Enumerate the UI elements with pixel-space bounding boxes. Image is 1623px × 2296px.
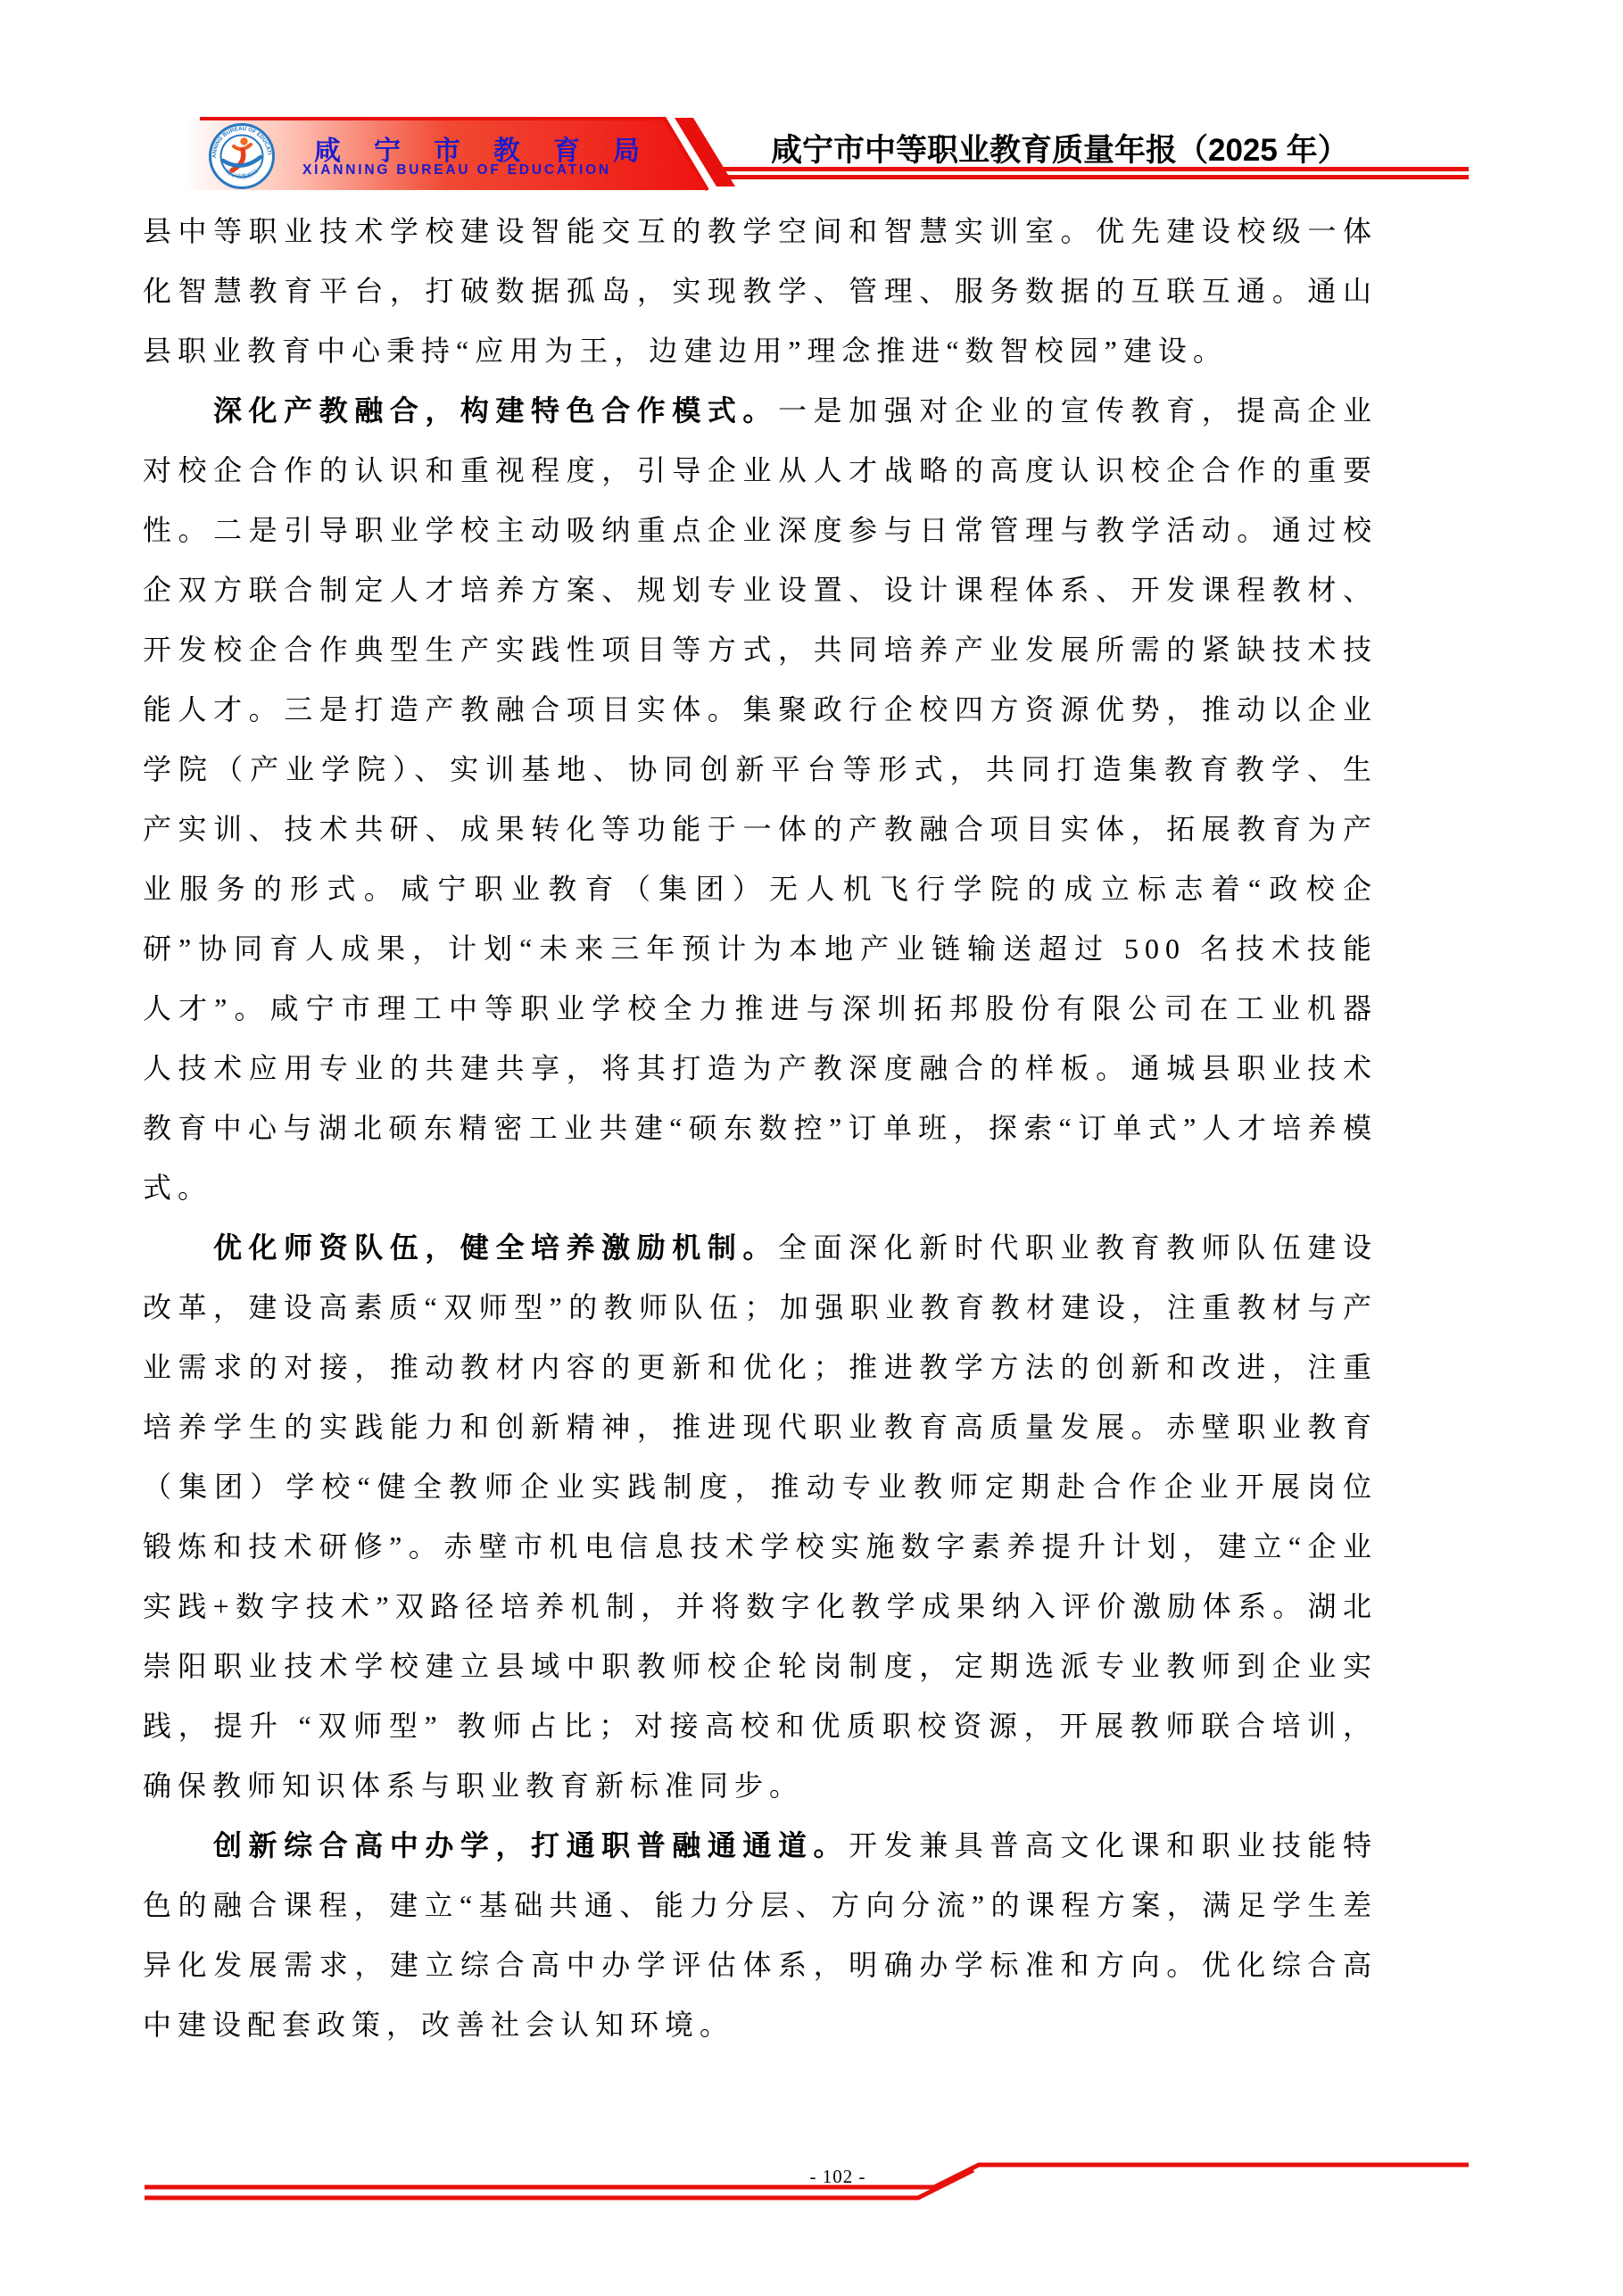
bureau-logo-icon: XIANNING BUREAU OF EDUCATION 咸宁市教育局 (208, 122, 276, 190)
paragraph-lead: 优化师资队伍，健全培养激励机制。 (213, 1231, 778, 1264)
paragraph-lead: 创新综合高中办学，打通职普融通通道。 (213, 1829, 849, 1861)
paragraph-text: 全面深化新时代职业教育教师队伍建设改革，建设高素质“双师型”的教师队伍；加强职业… (143, 1231, 1378, 1802)
document-page: XIANNING BUREAU OF EDUCATION 咸宁市教育局 咸宁市教… (0, 0, 1623, 2296)
document-body: 县中等职业技术学校建设智能交互的教学空间和智慧实训室。优先建设校级一体化智慧教育… (143, 202, 1378, 2055)
paragraph: 县中等职业技术学校建设智能交互的教学空间和智慧实训室。优先建设校级一体化智慧教育… (143, 202, 1378, 381)
paragraph: 深化产教融合，构建特色合作模式。一是加强对企业的宣传教育，提高企业对校企合作的认… (143, 381, 1378, 1218)
header-rule-bottom (718, 175, 1469, 179)
bureau-name-en: XIANNING BUREAU OF EDUCATION (302, 162, 611, 178)
paragraph-text: 一是加强对企业的宣传教育，提高企业对校企合作的认识和重视程度，引导企业从人才战略… (143, 394, 1378, 1204)
paragraph: 创新综合高中办学，打通职普融通通道。开发兼具普高文化课和职业技能特色的融合课程，… (143, 1816, 1378, 2055)
paragraph-lead: 深化产教融合，构建特色合作模式。 (213, 394, 778, 427)
paragraph: 优化师资队伍，健全培养激励机制。全面深化新时代职业教育教师队伍建设改革，建设高素… (143, 1218, 1378, 1816)
logo-figure-head (240, 137, 247, 145)
page-number: - 102 - (775, 2166, 900, 2188)
page-title: 咸宁市中等职业教育质量年报（2025 年） (771, 126, 1349, 170)
paragraph-text: 县中等职业技术学校建设智能交互的教学空间和智慧实训室。优先建设校级一体化智慧教育… (143, 215, 1378, 367)
